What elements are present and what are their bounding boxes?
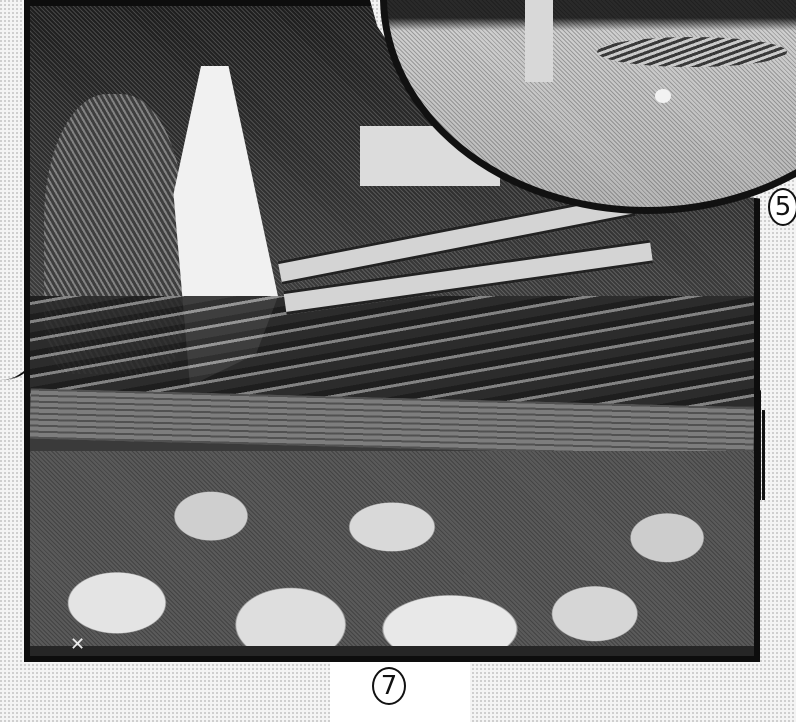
- photo-mark: ✕: [70, 634, 85, 655]
- panel-number-7: 7: [381, 671, 398, 701]
- wreckage-on-pavement: [597, 37, 787, 67]
- panel-number-5: 5: [775, 192, 792, 222]
- round-object: [655, 89, 671, 103]
- photo-bottom-border: [30, 646, 754, 656]
- debris-wreckage: [30, 296, 754, 406]
- pillar: [525, 0, 553, 82]
- panel-number-badge-7: 7: [372, 667, 406, 705]
- broken-rocks: [30, 451, 754, 662]
- panel-number-badge-5: 5: [768, 188, 796, 226]
